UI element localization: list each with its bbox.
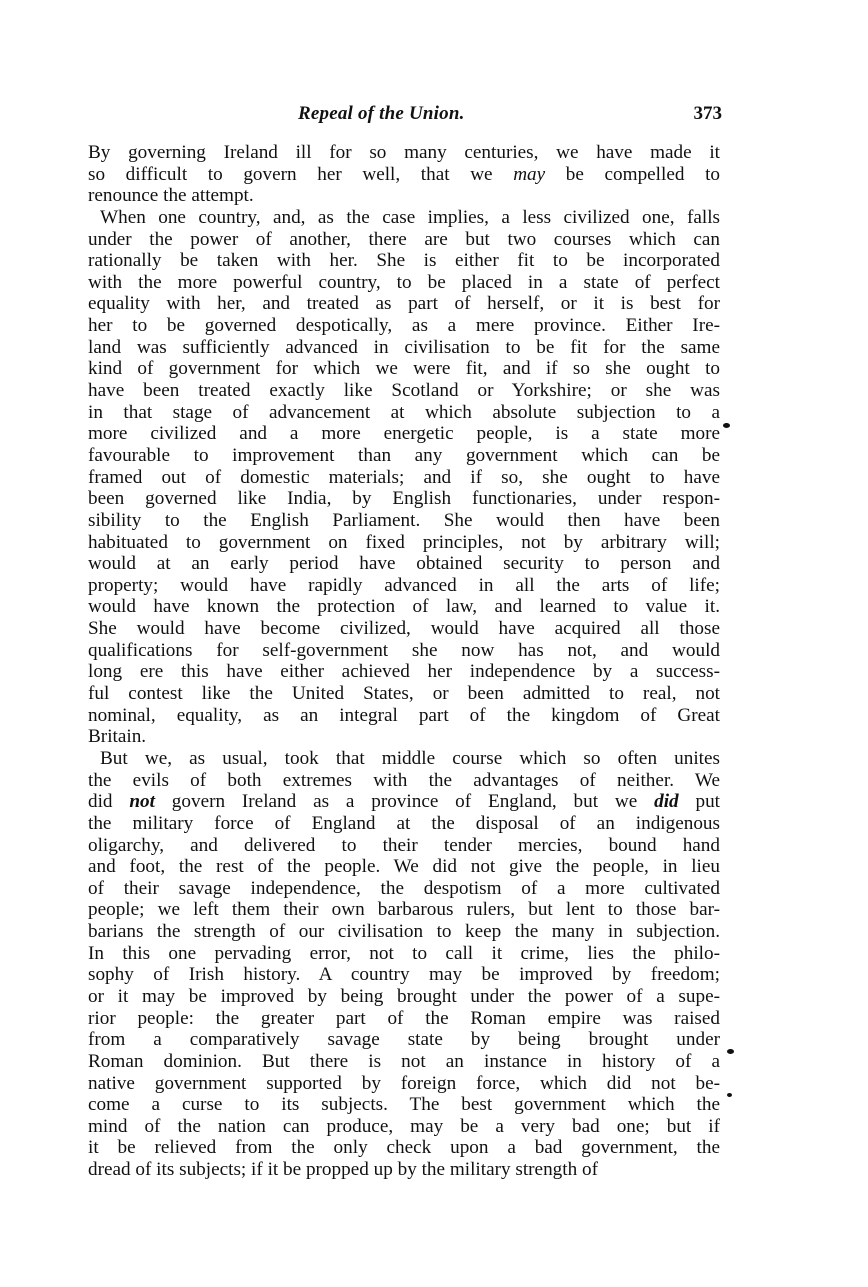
text-line: Roman dominion. But there is not an inst… [88,1051,720,1073]
ink-blot-mark [727,1049,734,1054]
text-line: come a curse to its subjects. The best g… [88,1094,720,1116]
text-line: renounce the attempt. [88,185,720,207]
running-head: Repeal of the Union. 373 [88,103,720,129]
text-line: of their savage independence, the despot… [88,878,720,900]
text-line: But we, as usual, took that middle cours… [88,748,720,770]
text-line: property; would have rapidly advanced in… [88,575,720,597]
text-line: been governed like India, by English fun… [88,488,720,510]
text-line: and foot, the rest of the people. We did… [88,856,720,878]
text-line: Britain. [88,726,720,748]
text-line: barians the strength of our civilisation… [88,921,720,943]
text-line: it be relieved from the only check upon … [88,1137,720,1159]
text-line: would at an early period have obtained s… [88,553,720,575]
text-line: kind of government for which we were fit… [88,358,720,380]
text-line: or it may be improved by being brought u… [88,986,720,1008]
text-line: habituated to government on fixed princi… [88,532,720,554]
text-line: native government supported by foreign f… [88,1073,720,1095]
text-line: did not govern Ireland as a province of … [88,791,720,813]
text-line: By governing Ireland ill for so many cen… [88,142,720,164]
text-line: favourable to improvement than any gover… [88,445,720,467]
text-line: rior people: the greater part of the Rom… [88,1008,720,1030]
text-line: oligarchy, and delivered to their tender… [88,835,720,857]
ink-blot-mark [723,423,730,428]
paragraph: When one country, and, as the case impli… [88,207,720,748]
text-line: people; we left them their own barbarous… [88,899,720,921]
body-text: By governing Ireland ill for so many cen… [88,142,720,1181]
text-line: rationally be taken with her. She is eit… [88,250,720,272]
text-line: from a comparatively savage state by bei… [88,1029,720,1051]
text-line: sophy of Irish history. A country may be… [88,964,720,986]
text-line: with the more powerful country, to be pl… [88,272,720,294]
text-line: the evils of both extremes with the adva… [88,770,720,792]
text-line: in that stage of advancement at which ab… [88,402,720,424]
book-page: Repeal of the Union. 373 By governing Ir… [0,0,868,1287]
text-line: long ere this have either achieved her i… [88,661,720,683]
text-line: framed out of domestic materials; and if… [88,467,720,489]
text-line: She would have become civilized, would h… [88,618,720,640]
paragraph: But we, as usual, took that middle cours… [88,748,720,1181]
paragraph: By governing Ireland ill for so many cen… [88,142,720,207]
text-line: dread of its subjects; if it be propped … [88,1159,720,1181]
text-line: land was sufficiently advanced in civili… [88,337,720,359]
text-line: ful contest like the United States, or b… [88,683,720,705]
page-number: 373 [694,103,723,125]
text-line: equality with her, and treated as part o… [88,293,720,315]
text-line: so difficult to govern her well, that we… [88,164,720,186]
text-line: qualifications for self-government she n… [88,640,720,662]
text-line: would have known the protection of law, … [88,596,720,618]
text-line: under the power of another, there are bu… [88,229,720,251]
text-line: mind of the nation can produce, may be a… [88,1116,720,1138]
text-line: nominal, equality, as an integral part o… [88,705,720,727]
text-line: the military force of England at the dis… [88,813,720,835]
text-line: have been treated exactly like Scotland … [88,380,720,402]
ink-blot-mark [727,1093,732,1097]
text-line: her to be governed despotically, as a me… [88,315,720,337]
text-line: When one country, and, as the case impli… [88,207,720,229]
running-title: Repeal of the Union. [298,103,465,125]
text-line: In this one pervading error, not to call… [88,943,720,965]
text-line: more civilized and a more energetic peop… [88,423,720,445]
text-line: sibility to the English Parliament. She … [88,510,720,532]
